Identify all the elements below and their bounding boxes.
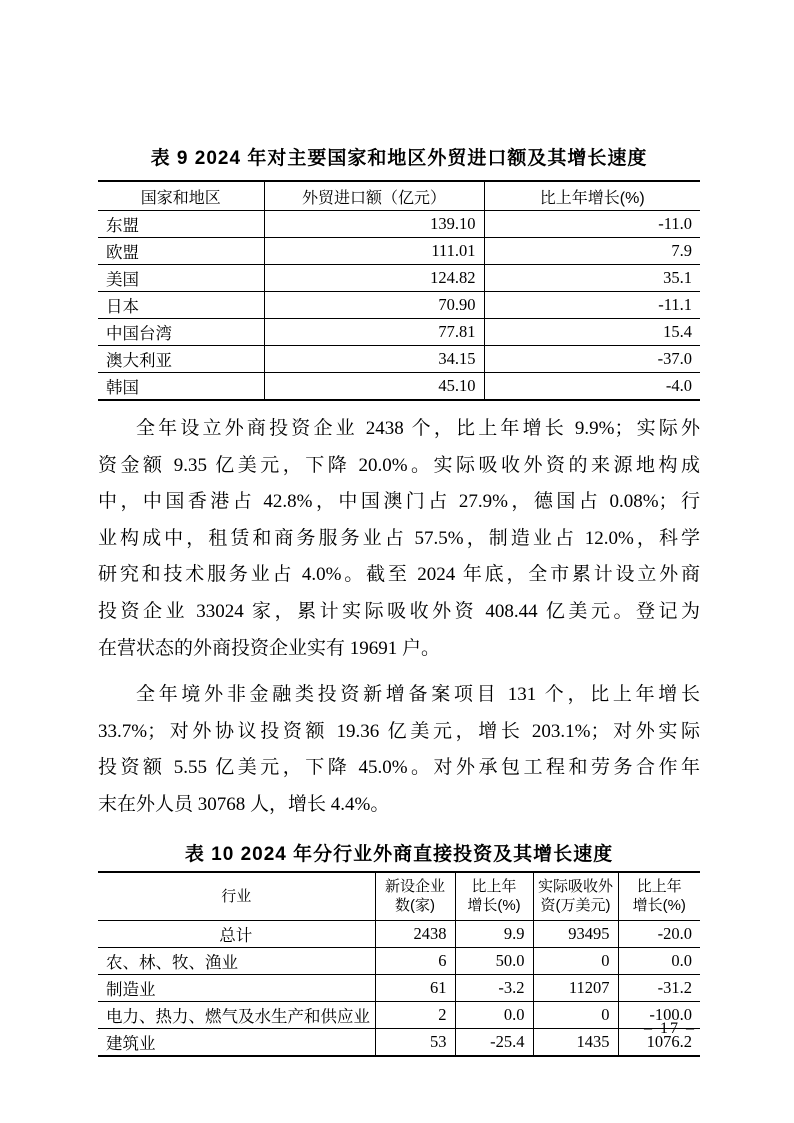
table-cell: 111.01 [264, 238, 484, 265]
table-cell: -31.2 [618, 974, 700, 1001]
table-row: 欧盟111.017.9 [98, 238, 700, 265]
table-cell: 欧盟 [98, 238, 264, 265]
table-row: 日本70.90-11.1 [98, 292, 700, 319]
table-cell: -25.4 [455, 1028, 533, 1056]
table-cell: 澳大利亚 [98, 346, 264, 373]
table-cell: -3.2 [455, 974, 533, 1001]
table-cell: 15.4 [484, 319, 700, 346]
table-cell: 34.15 [264, 346, 484, 373]
table-cell: 建筑业 [98, 1028, 375, 1056]
paragraph-line: 业构成中，租赁和商务服务业占 57.5%，制造业占 12.0%，科学 [98, 521, 700, 558]
paragraph-line: 全年设立外商投资企业 2438 个，比上年增长 9.9%；实际外 [98, 411, 700, 448]
table-cell: 2 [375, 1001, 455, 1028]
paragraph-line: 研究和技术服务业占 4.0%。截至 2024 年底，全市累计设立外商 [98, 557, 700, 594]
table-cell: 0.0 [455, 1001, 533, 1028]
table-cell: 东盟 [98, 211, 264, 238]
table-cell: 美国 [98, 265, 264, 292]
table10-title: 表 10 2024 年分行业外商直接投资及其增长速度 [98, 842, 700, 868]
paragraph-outbound-investment: 全年境外非金融类投资新增备案项目 131 个，比上年增长33.7%；对外协议投资… [98, 677, 700, 823]
document-page: 表 9 2024 年对主要国家和地区外贸进口额及其增长速度 国家和地区 外贸进口… [0, 0, 794, 1123]
table10-header-new-enterprises: 新设企业 数(家) [375, 872, 455, 921]
table-cell: 70.90 [264, 292, 484, 319]
table-cell: 0 [533, 947, 618, 974]
table-cell: 0.0 [618, 947, 700, 974]
table-cell: 制造业 [98, 974, 375, 1001]
table-row: 农、林、牧、渔业650.000.0 [98, 947, 700, 974]
table-cell: -11.1 [484, 292, 700, 319]
table10-header-growth1: 比上年 增长(%) [455, 872, 533, 921]
table-cell: 农、林、牧、渔业 [98, 947, 375, 974]
table-cell: 53 [375, 1028, 455, 1056]
paragraph-line: 在营状态的外商投资企业实有 19691 户。 [98, 631, 700, 668]
table-cell: 61 [375, 974, 455, 1001]
table-cell: 50.0 [455, 947, 533, 974]
table-cell: 35.1 [484, 265, 700, 292]
table9-header-growth: 比上年增长(%) [484, 181, 700, 211]
table-cell: 93495 [533, 920, 618, 947]
table-row: 建筑业53-25.414351076.2 [98, 1028, 700, 1056]
table-row: 韩国45.10-4.0 [98, 373, 700, 401]
table-cell: 6 [375, 947, 455, 974]
table10-header-growth2: 比上年 增长(%) [618, 872, 700, 921]
table-cell: -11.0 [484, 211, 700, 238]
table-cell: 2438 [375, 920, 455, 947]
table-row: 制造业61-3.211207-31.2 [98, 974, 700, 1001]
table-cell: 124.82 [264, 265, 484, 292]
table9-title: 表 9 2024 年对主要国家和地区外贸进口额及其增长速度 [98, 146, 700, 172]
table-cell: 1435 [533, 1028, 618, 1056]
table9-header-import-value: 外贸进口额（亿元） [264, 181, 484, 211]
paragraph-line: 33.7%；对外协议投资额 19.36 亿美元，增长 203.1%；对外实际 [98, 714, 700, 751]
table-cell: -4.0 [484, 373, 700, 401]
table10-header-industry: 行业 [98, 872, 375, 921]
table-cell: 77.81 [264, 319, 484, 346]
paragraph-line: 资金额 9.35 亿美元，下降 20.0%。实际吸收外资的来源地构成 [98, 448, 700, 485]
table-cell: 0 [533, 1001, 618, 1028]
table9-body: 东盟139.10-11.0欧盟111.017.9美国124.8235.1日本70… [98, 211, 700, 401]
paragraph-foreign-investment: 全年设立外商投资企业 2438 个，比上年增长 9.9%；实际外资金额 9.35… [98, 411, 700, 667]
paragraph-line: 中，中国香港占 42.8%，中国澳门占 27.9%，德国占 0.08%；行 [98, 484, 700, 521]
table9-header-region: 国家和地区 [98, 181, 264, 211]
table-cell: 7.9 [484, 238, 700, 265]
paragraph-line: 全年境外非金融类投资新增备案项目 131 个，比上年增长 [98, 677, 700, 714]
table9-header-row: 国家和地区 外贸进口额（亿元） 比上年增长(%) [98, 181, 700, 211]
table-row: 电力、热力、燃气及水生产和供应业20.00-100.0 [98, 1001, 700, 1028]
paragraph-line: 投资企业 33024 家，累计实际吸收外资 408.44 亿美元。登记为 [98, 594, 700, 631]
table10-header-fdi-absorbed: 实际吸收外 资(万美元) [533, 872, 618, 921]
table10-header-row: 行业 新设企业 数(家) 比上年 增长(%) 实际吸收外 资(万美元) 比上年 … [98, 872, 700, 921]
table-cell: -37.0 [484, 346, 700, 373]
table-cell: -20.0 [618, 920, 700, 947]
table-cell: 韩国 [98, 373, 264, 401]
table-cell: 139.10 [264, 211, 484, 238]
table10-body: 总计24389.993495-20.0农、林、牧、渔业650.000.0制造业6… [98, 920, 700, 1056]
table-row: 中国台湾77.8115.4 [98, 319, 700, 346]
paragraph-line: 投资额 5.55 亿美元，下降 45.0%。对外承包工程和劳务合作年 [98, 750, 700, 787]
table10: 行业 新设企业 数(家) 比上年 增长(%) 实际吸收外 资(万美元) 比上年 … [98, 871, 700, 1057]
table-row: 澳大利亚34.15-37.0 [98, 346, 700, 373]
table-row: 美国124.8235.1 [98, 265, 700, 292]
page-number: – 17 – [644, 1020, 696, 1038]
table-row: 东盟139.10-11.0 [98, 211, 700, 238]
table-cell: 日本 [98, 292, 264, 319]
table-cell: 9.9 [455, 920, 533, 947]
table-cell: 中国台湾 [98, 319, 264, 346]
table-cell: 总计 [98, 920, 375, 947]
paragraph-line: 末在外人员 30768 人，增长 4.4%。 [98, 787, 700, 824]
page-content: 表 9 2024 年对主要国家和地区外贸进口额及其增长速度 国家和地区 外贸进口… [98, 146, 700, 1057]
table-cell: 电力、热力、燃气及水生产和供应业 [98, 1001, 375, 1028]
table-cell: 11207 [533, 974, 618, 1001]
table-row: 总计24389.993495-20.0 [98, 920, 700, 947]
table9: 国家和地区 外贸进口额（亿元） 比上年增长(%) 东盟139.10-11.0欧盟… [98, 180, 700, 401]
table-cell: 45.10 [264, 373, 484, 401]
